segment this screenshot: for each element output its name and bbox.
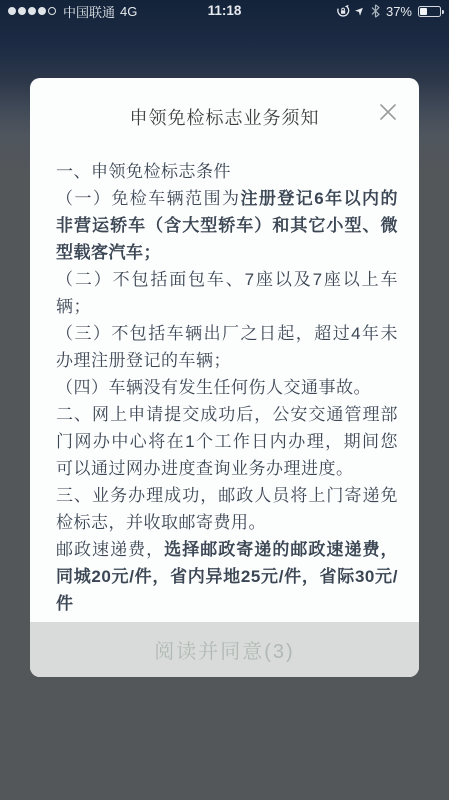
notice-modal: 申领免检标志业务须知 一、申领免检标志条件 （一）免检车辆范围为注册登记6年以内… xyxy=(30,78,419,677)
phone-screen: 中国联通 4G 11:18 ➤ 37% xyxy=(0,0,449,800)
notice-postage: 邮政速递费，选择邮政寄递的邮政速递费，同城20元/件，省内异地25元/件，省际3… xyxy=(56,536,398,617)
location-icon: ➤ xyxy=(353,4,367,18)
close-icon[interactable] xyxy=(376,100,400,124)
notice-item2: （二）不包括面包车、7座以及7座以上车辆； xyxy=(56,266,398,320)
notice-text: 邮政速递费， xyxy=(56,540,164,559)
signal-strength-icon xyxy=(8,7,56,15)
notice-section1-heading: 一、申领免检标志条件 xyxy=(56,158,398,185)
agree-button[interactable]: 阅读并同意(3) xyxy=(30,622,419,677)
notice-item3: （三）不包括车辆出厂之日起，超过4年未办理注册登记的车辆； xyxy=(56,320,398,374)
status-bar-right: ➤ 37% xyxy=(336,4,441,19)
modal-header: 申领免检标志业务须知 xyxy=(30,78,419,134)
bluetooth-icon xyxy=(371,4,380,18)
status-bar-left: 中国联通 4G xyxy=(8,2,137,21)
clock-label: 11:18 xyxy=(208,0,242,22)
battery-fill xyxy=(420,8,427,15)
modal-title: 申领免检标志业务须知 xyxy=(30,78,419,130)
battery-icon xyxy=(418,6,441,17)
notice-item1: （一）免检车辆范围为注册登记6年以内的非营运轿车（含大型轿车）和其它小型、微型载… xyxy=(56,185,398,266)
status-bar: 中国联通 4G 11:18 ➤ 37% xyxy=(0,0,449,22)
carrier-label: 中国联通 xyxy=(63,2,115,21)
notice-text: （一）免检车辆范围为 xyxy=(56,189,240,208)
orientation-lock-icon xyxy=(336,4,350,18)
notice-section3: 三、业务办理成功，邮政人员将上门寄递免检标志，并收取邮寄费用。 xyxy=(56,482,398,536)
notice-text: 一、申领免检标志条件 xyxy=(56,162,231,181)
notice-section2: 二、网上申请提交成功后，公安交通管理部门网办中心将在1个工作日内办理，期间您可以… xyxy=(56,401,398,482)
network-type-label: 4G xyxy=(120,4,137,19)
notice-body: 一、申领免检标志条件 （一）免检车辆范围为注册登记6年以内的非营运轿车（含大型轿… xyxy=(56,158,398,617)
battery-percent-label: 37% xyxy=(386,4,412,19)
notice-item4: （四）车辆没有发生任何伤人交通事故。 xyxy=(56,374,398,401)
